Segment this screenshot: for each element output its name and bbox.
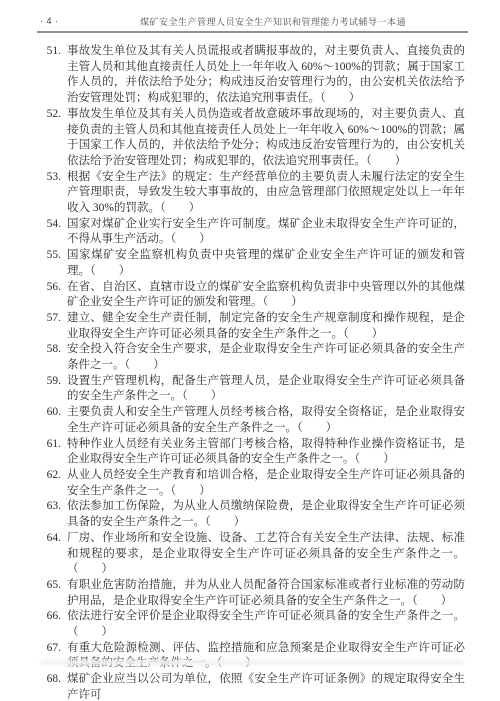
question-list: 51. 事故发生单位及其有关人员谎报或者瞒报事故的，对主要负责人、直接负责的主管… — [44, 44, 465, 701]
header-rule — [37, 31, 468, 33]
item-number: 53. — [44, 170, 61, 186]
item-number: 62. — [44, 468, 61, 484]
question-item: 60. 主要负责人和安全生产管理人员经考核合格，取得安全资格证，是企业取得安全生… — [44, 405, 465, 436]
item-number: 66. — [44, 609, 61, 625]
book-title: 煤矿安全生产管理人员安全生产知识和管理能力考试辅导一本通 — [38, 15, 468, 28]
item-text: 设置生产管理机构，配备生产管理人员，是企业取得安全生产许可证必须具备的安全生产条… — [67, 374, 465, 405]
page-number: · 4 · — [40, 16, 59, 26]
item-text: 从业人员经安全生产教育和培训合格，是企业取得安全生产许可证必须具备的安全生产条件… — [67, 468, 465, 499]
item-text: 依法进行安全评价是企业取得安全生产许可证必须具备的安全生产条件之一。（ ） — [67, 609, 465, 640]
item-number: 63. — [44, 499, 61, 515]
item-number: 59. — [44, 374, 61, 390]
item-number: 57. — [44, 311, 61, 327]
item-text: 根据《安全生产法》的规定：生产经营单位的主要负责人未履行法定的安全生产管理职责，… — [67, 170, 465, 217]
item-text: 有职业危害防治措施，并为从业人员配备符合国家标准或者行业标准的劳动防护用品，是企… — [67, 578, 465, 609]
question-item: 52. 事故发生单位及其有关人员伪造或者故意破坏事故现场的，对主要负责人、直接负… — [44, 107, 465, 170]
page-header: · 4 · 煤矿安全生产管理人员安全生产知识和管理能力考试辅导一本通 — [38, 15, 468, 29]
question-item: 68. 煤矿企业应当以公司为单位，依照《安全生产许可证条例》的规定取得安全生产许… — [44, 672, 465, 701]
question-item: 57. 建立、健全安全生产责任制，制定完备的安全生产规章制度和操作规程，是企业取… — [44, 311, 465, 342]
question-item: 53. 根据《安全生产法》的规定：生产经营单位的主要负责人未履行法定的安全生产管… — [44, 170, 465, 217]
book-page: · 4 · 煤矿安全生产管理人员安全生产知识和管理能力考试辅导一本通 51. 事… — [0, 0, 500, 701]
item-text: 在省、自治区、直辖市设立的煤矿安全监察机构负责非中央管理以外的其他煤矿企业安全生… — [67, 280, 465, 311]
item-text: 主要负责人和安全生产管理人员经考核合格，取得安全资格证，是企业取得安全生产许可证… — [67, 405, 465, 436]
item-text: 建立、健全安全生产责任制，制定完备的安全生产规章制度和操作规程，是企业取得安全生… — [67, 311, 465, 342]
question-item: 64. 厂房、作业场所和安全设施、设备、工艺符合有关安全生产法律、法规、标准和规… — [44, 531, 465, 578]
item-text: 事故发生单位及其有关人员谎报或者瞒报事故的，对主要负责人、直接负责的主管人员和其… — [67, 44, 465, 107]
item-text: 有重大危险源检测、评估、监控措施和应急预案是企业取得安全生产许可证必须具备的安全… — [67, 641, 465, 672]
item-number: 54. — [44, 217, 61, 233]
item-number: 51. — [44, 44, 61, 60]
question-item: 65. 有职业危害防治措施，并为从业人员配备符合国家标准或者行业标准的劳动防护用… — [44, 578, 465, 609]
question-item: 61. 特种作业人员经有关业务主管部门考核合格，取得特种作业操作资格证书，是企业… — [44, 437, 465, 468]
item-number: 61. — [44, 437, 61, 453]
item-number: 64. — [44, 531, 61, 547]
page-showthrough — [40, 660, 464, 665]
item-number: 67. — [44, 641, 61, 657]
item-number: 68. — [44, 672, 61, 688]
question-item: 55. 国家煤矿安全监察机构负责中央管理的煤矿企业安全生产许可证的颁发和管理。（… — [44, 248, 465, 279]
question-item: 67. 有重大危险源检测、评估、监控措施和应急预案是企业取得安全生产许可证必须具… — [44, 641, 465, 672]
question-item: 51. 事故发生单位及其有关人员谎报或者瞒报事故的，对主要负责人、直接负责的主管… — [44, 44, 465, 107]
item-text: 特种作业人员经有关业务主管部门考核合格，取得特种作业操作资格证书，是企业取得安全… — [67, 437, 465, 468]
item-number: 58. — [44, 342, 61, 358]
item-number: 65. — [44, 578, 61, 594]
item-number: 55. — [44, 248, 61, 264]
question-item: 62. 从业人员经安全生产教育和培训合格，是企业取得安全生产许可证必须具备的安全… — [44, 468, 465, 499]
item-text: 事故发生单位及其有关人员伪造或者故意破坏事故现场的，对主要负责人、直接负责的主管… — [67, 107, 465, 170]
item-text: 煤矿企业应当以公司为单位，依照《安全生产许可证条例》的规定取得安全生产许可 — [67, 672, 465, 701]
question-item: 66. 依法进行安全评价是企业取得安全生产许可证必须具备的安全生产条件之一。（ … — [44, 609, 465, 640]
question-item: 54. 国家对煤矿企业实行安全生产许可制度。煤矿企业未取得安全生产许可证的，不得… — [44, 217, 465, 248]
item-text: 国家对煤矿企业实行安全生产许可制度。煤矿企业未取得安全生产许可证的，不得从事生产… — [67, 217, 465, 248]
question-item: 56. 在省、自治区、直辖市设立的煤矿安全监察机构负责非中央管理以外的其他煤矿企… — [44, 280, 465, 311]
item-text: 依法参加工伤保险，为从业人员缴纳保险费，是企业取得安全生产许可证必须具备的安全生… — [67, 499, 465, 530]
item-text: 国家煤矿安全监察机构负责中央管理的煤矿企业安全生产许可证的颁发和管理。（ ） — [67, 248, 465, 279]
question-item: 59. 设置生产管理机构，配备生产管理人员，是企业取得安全生产许可证必须具备的安… — [44, 374, 465, 405]
question-item: 58. 安全投入符合安全生产要求，是企业取得安全生产许可证必须具备的安全生产条件… — [44, 342, 465, 373]
question-item: 63. 依法参加工伤保险，为从业人员缴纳保险费，是企业取得安全生产许可证必须具备… — [44, 499, 465, 530]
item-text: 安全投入符合安全生产要求，是企业取得安全生产许可证必须具备的安全生产条件之一。（… — [67, 342, 465, 373]
item-number: 52. — [44, 107, 61, 123]
item-number: 56. — [44, 280, 61, 296]
item-number: 60. — [44, 405, 61, 421]
item-text: 厂房、作业场所和安全设施、设备、工艺符合有关安全生产法律、法规、标准和规程的要求… — [67, 531, 465, 578]
